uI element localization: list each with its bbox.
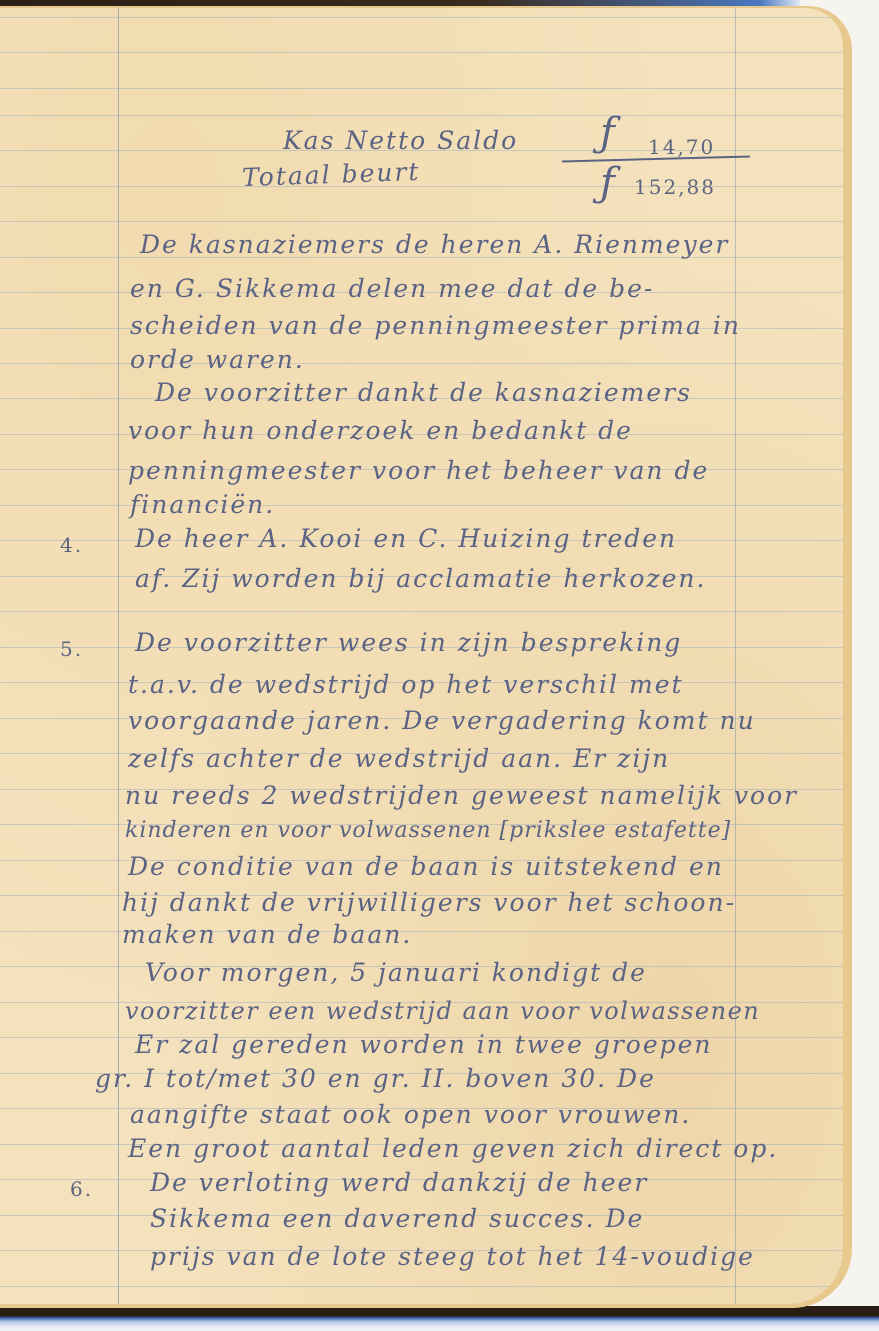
ruled-line [0, 52, 843, 53]
text-line: gr. I tot/met 30 en gr. II. boven 30. De [95, 1064, 656, 1094]
text-line: kinderen en voor volwassenen [prikslee e… [125, 816, 731, 846]
text-line: prijs van de lote steeg tot het 14-voudi… [150, 1242, 755, 1272]
text-line: en G. Sikkema delen mee dat de be- [130, 274, 654, 304]
ruled-line [0, 363, 843, 364]
text-line: zelfs achter de wedstrijd aan. Er zijn [128, 744, 670, 774]
ruled-line [0, 505, 843, 506]
notebook-page: Kas Netto Saldo Totaal beurt ƒ 14,70 ƒ 1… [0, 8, 843, 1304]
florin-sign: ƒ [600, 118, 615, 148]
ruled-line [0, 1286, 843, 1287]
item-number: 5. [60, 634, 83, 664]
text-line: Sikkema een daverend succes. De [150, 1204, 644, 1234]
ruled-line [0, 17, 843, 18]
ledger-label-saldo: Kas Netto Saldo [283, 126, 518, 156]
text-line: scheiden van de penningmeester prima in [130, 311, 741, 341]
item-number: 4. [60, 530, 83, 560]
florin-sign: ƒ [600, 168, 615, 198]
ruled-line [0, 221, 843, 222]
text-line: Een groot aantal leden geven zich direct… [128, 1134, 778, 1164]
text-line: t.a.v. de wedstrijd op het verschil met [128, 670, 684, 700]
ledger-label-totaal: Totaal beurt [242, 157, 421, 193]
text-line: penningmeester voor het beheer van de [128, 456, 709, 486]
scan-bottom-border [0, 1306, 879, 1331]
text-line: af. Zij worden bij acclamatie herkozen. [135, 564, 706, 594]
text-line: aangifte staat ook open voor vrouwen. [130, 1100, 691, 1130]
ruled-line [0, 611, 843, 612]
text-line: nu reeds 2 wedstrijden geweest namelijk … [125, 781, 798, 811]
ruled-line [0, 88, 843, 89]
text-line: voorgaande jaren. De vergadering komt nu [128, 706, 756, 736]
ruled-line [0, 115, 843, 116]
ledger-amount-totaal: 152,88 [634, 172, 716, 202]
item-number: 6. [70, 1174, 93, 1204]
text-line: Er zal gereden worden in twee groepen [135, 1030, 713, 1060]
text-line: De voorzitter wees in zijn bespreking [135, 628, 682, 658]
right-margin-line [735, 8, 736, 1304]
text-line: Voor morgen, 5 januari kondigt de [145, 958, 647, 988]
text-line: orde waren. [130, 345, 305, 375]
text-line: financiën. [130, 490, 275, 520]
text-line: De heer A. Kooi en C. Huizing treden [135, 524, 677, 554]
text-line: De kasnaziemers de heren A. Rienmeyer [140, 230, 729, 260]
ruled-line [0, 186, 843, 187]
text-line: hij dankt de vrijwilligers voor het scho… [122, 888, 736, 918]
text-line: De verloting werd dankzij de heer [150, 1168, 648, 1198]
left-margin-line [118, 8, 119, 1304]
text-line: voor hun onderzoek en bedankt de [128, 416, 633, 446]
text-line: maken van de baan. [122, 920, 412, 950]
text-line: De voorzitter dankt de kasnaziemers [155, 378, 692, 408]
text-line: voorzitter een wedstrijd aan voor volwas… [125, 996, 760, 1026]
text-line: De conditie van de baan is uitstekend en [128, 852, 724, 882]
